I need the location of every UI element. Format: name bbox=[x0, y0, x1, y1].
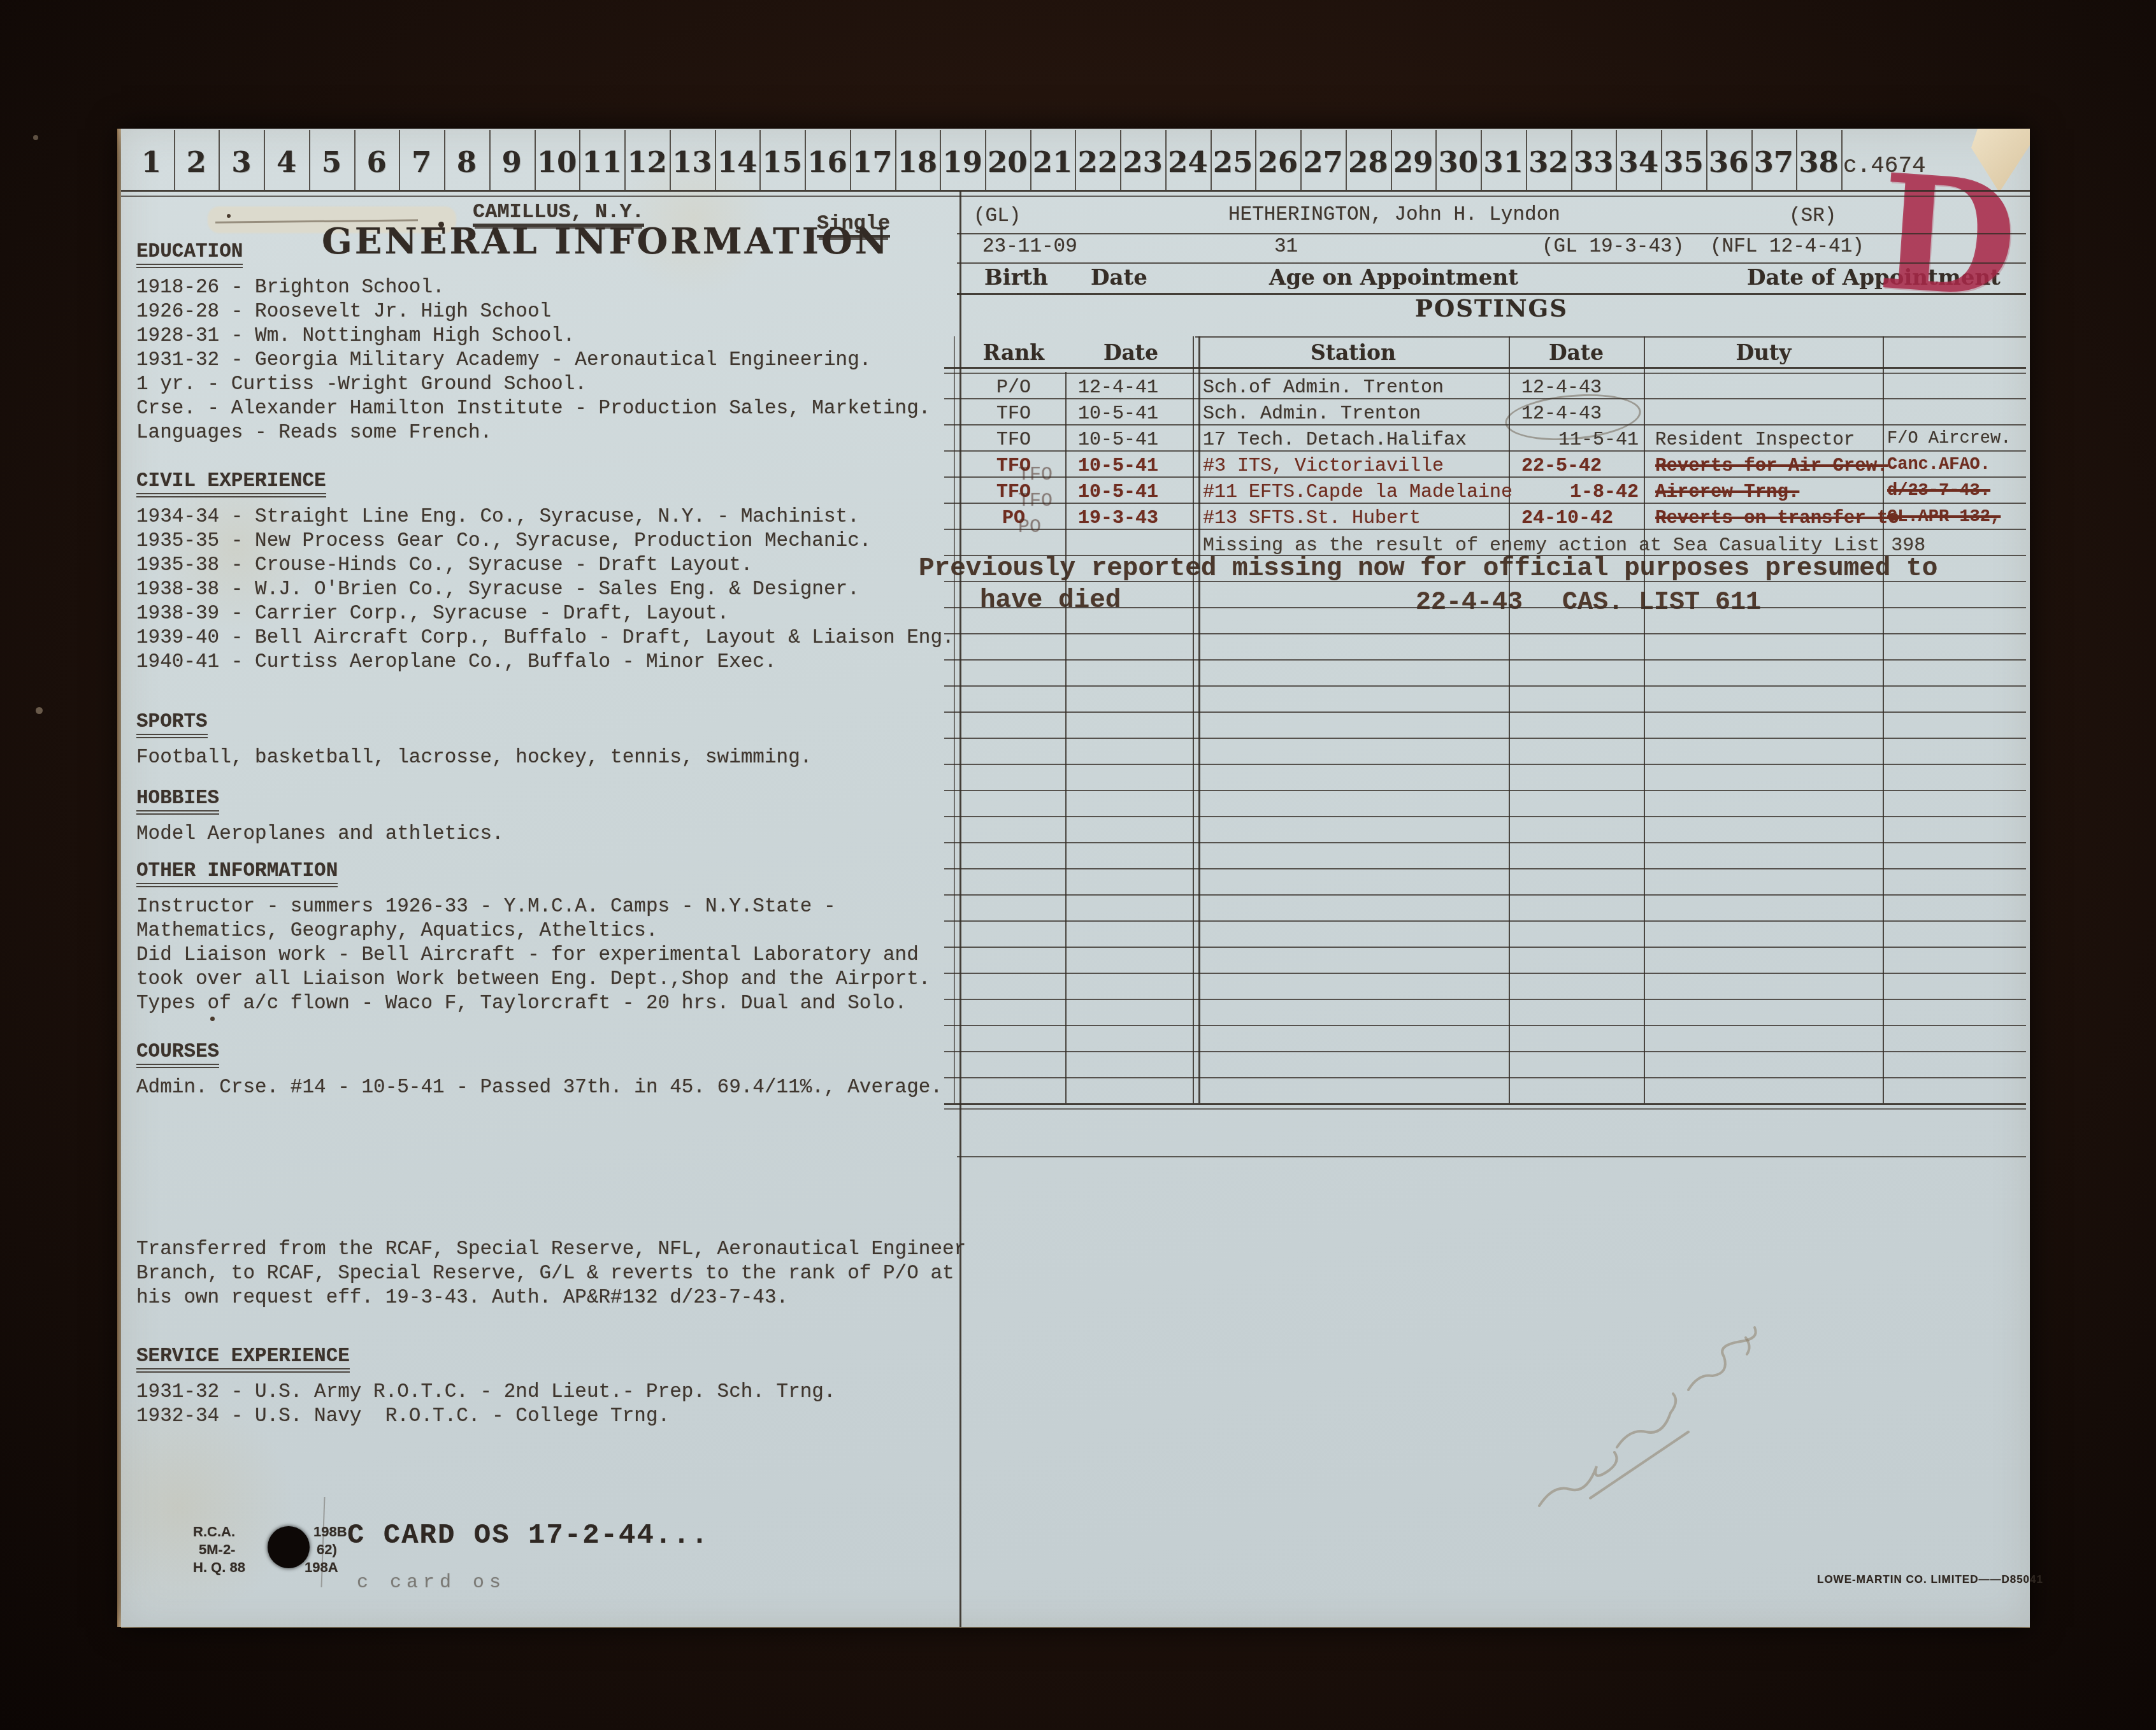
index-cell-number: 35 bbox=[1661, 145, 1706, 179]
punch-hole bbox=[268, 1526, 310, 1568]
ruled-line-vertical bbox=[1435, 130, 1437, 190]
index-cell-number: 34 bbox=[1616, 145, 1661, 179]
section-heading: SERVICE EXPERIENCE bbox=[136, 1345, 350, 1373]
index-cell-number: 21 bbox=[1030, 145, 1075, 179]
ruled-line-vertical bbox=[489, 130, 491, 190]
ruled-line-vertical bbox=[1526, 130, 1527, 190]
index-cell-number: 37 bbox=[1751, 145, 1797, 179]
index-cell-number: 9 bbox=[489, 145, 535, 179]
ruled-line-vertical bbox=[444, 130, 445, 190]
ruled-line bbox=[957, 293, 2026, 295]
index-cell-number: 11 bbox=[579, 145, 624, 179]
posting-date2: 1-8-42 bbox=[1516, 482, 1639, 503]
ruled-line bbox=[944, 816, 2026, 817]
section-line: 1926-28 - Roosevelt Jr. High School bbox=[136, 301, 551, 323]
gl-tag: (GL) bbox=[974, 205, 1021, 227]
section-line: Types of a/c flown - Waco F, Taylorcraft… bbox=[136, 992, 907, 1015]
section-heading: EDUCATION bbox=[136, 241, 243, 268]
ruled-line bbox=[944, 920, 2026, 922]
transfer-note-line: Transferred from the RCAF, Special Reser… bbox=[136, 1238, 966, 1261]
form-print-line1b: 198B bbox=[313, 1524, 347, 1540]
posting-remark: Canc.AFAO. bbox=[1887, 455, 1990, 475]
posting-date2: 12-4-43 bbox=[1521, 403, 1602, 425]
index-cell-number: 19 bbox=[940, 145, 985, 179]
ruled-line-vertical bbox=[1255, 130, 1256, 190]
posting-date: 10-5-41 bbox=[1078, 429, 1158, 451]
ruled-line bbox=[944, 555, 2026, 556]
posting-duty: Reverts for Air Crew. bbox=[1655, 455, 1888, 476]
posting-remark: GL.APR 132, bbox=[1887, 508, 2001, 527]
sr-tag: (SR) bbox=[1789, 205, 1836, 227]
pencil-annotation bbox=[1521, 1307, 1789, 1524]
label-birth: Birth bbox=[984, 265, 1048, 290]
posting-date: 10-5-41 bbox=[1078, 403, 1158, 425]
record-card-photo: CAMILLUS, N.Y. Single GENERAL INFORMATIO… bbox=[0, 0, 2156, 1730]
section-line: Crse. - Alexander Hamilton Institute - P… bbox=[136, 397, 930, 420]
section-heading: COURSES bbox=[136, 1041, 219, 1068]
index-cell-number: 18 bbox=[895, 145, 940, 179]
section-line: 1934-34 - Straight Line Eng. Co., Syracu… bbox=[136, 506, 859, 528]
ruled-line-vertical bbox=[1198, 336, 1200, 1103]
birth-date-value: 23-11-09 bbox=[982, 236, 1077, 258]
section-line: 1918-26 - Brighton School. bbox=[136, 276, 445, 299]
ruled-line bbox=[944, 894, 2026, 896]
section-heading: OTHER INFORMATION bbox=[136, 860, 338, 887]
posting-rank: PO bbox=[962, 508, 1065, 529]
index-cell-number: 4 bbox=[264, 145, 309, 179]
ruled-line-vertical bbox=[1346, 130, 1347, 190]
ruled-line bbox=[944, 973, 2026, 974]
ruled-line-vertical bbox=[805, 130, 806, 190]
index-cell-number: 3 bbox=[219, 145, 264, 179]
index-cell-number: 17 bbox=[850, 145, 895, 179]
index-cell-number: 26 bbox=[1255, 145, 1300, 179]
ruled-line-vertical bbox=[1193, 336, 1194, 1103]
index-cell-number: 8 bbox=[444, 145, 489, 179]
index-cell-number: 31 bbox=[1481, 145, 1526, 179]
section-line: took over all Liaison Work between Eng. … bbox=[136, 968, 930, 990]
ruled-line bbox=[944, 1108, 2026, 1110]
posting-station: Sch. Admin. Trenton bbox=[1203, 403, 1421, 425]
ruled-line-vertical bbox=[1300, 130, 1302, 190]
casualty-list-ref: CAS. LIST 611 bbox=[1562, 589, 1761, 617]
section-line: 1928-31 - Wm. Nottingham High School. bbox=[136, 325, 575, 347]
section-line: 1 yr. - Curtiss -Wright Ground School. bbox=[136, 373, 587, 396]
ruled-line bbox=[944, 842, 2026, 843]
section-line: 1940-41 - Curtiss Aeroplane Co., Buffalo… bbox=[136, 651, 777, 673]
posting-station: #13 SFTS.St. Hubert bbox=[1203, 508, 1421, 529]
ruled-line-vertical bbox=[309, 130, 310, 190]
ruled-line bbox=[944, 1103, 2026, 1105]
ruled-line-vertical bbox=[1883, 336, 1884, 1103]
col-header-duty: Duty bbox=[1650, 340, 1877, 365]
presumed-dead-note-line1: Previously reported missing now for offi… bbox=[919, 554, 1937, 583]
ruled-line bbox=[944, 373, 2026, 374]
postings-title: POSTINGS bbox=[957, 294, 2026, 322]
ruled-line-vertical bbox=[1841, 130, 1843, 190]
index-cell-number: 27 bbox=[1300, 145, 1346, 179]
ruled-line-vertical bbox=[1030, 130, 1031, 190]
ruled-line-vertical bbox=[535, 130, 536, 190]
section-line: Admin. Crse. #14 - 10-5-41 - Passed 37th… bbox=[136, 1076, 942, 1099]
age-value: 31 bbox=[1274, 236, 1298, 258]
ruled-line-vertical bbox=[624, 130, 626, 190]
section-heading: HOBBIES bbox=[136, 787, 219, 815]
ruled-line-vertical bbox=[1796, 130, 1797, 190]
ruled-line-vertical bbox=[1075, 130, 1076, 190]
index-cell-number: 32 bbox=[1526, 145, 1571, 179]
nfl-date-note: (NFL 12-4-41) bbox=[1710, 236, 1864, 258]
section-heading: CIVIL EXPERIENCE bbox=[136, 470, 326, 497]
ruled-line-vertical bbox=[1065, 372, 1067, 1103]
service-line: 1932-34 - U.S. Navy R.O.T.C. - College T… bbox=[136, 1405, 670, 1427]
index-cell-number: 38 bbox=[1796, 145, 1841, 179]
index-cell-number: 15 bbox=[759, 145, 805, 179]
ruled-line-vertical bbox=[959, 191, 961, 1627]
section-heading: SPORTS bbox=[136, 711, 208, 738]
ruled-line-vertical bbox=[1644, 336, 1645, 1103]
posting-remark: F/O Aircrew. bbox=[1887, 429, 2011, 448]
ruled-line bbox=[944, 947, 2026, 948]
ruled-line-vertical bbox=[670, 130, 671, 190]
deceased-stamp: D bbox=[1873, 139, 2023, 334]
ruled-line bbox=[944, 764, 2026, 765]
posting-date: 19-3-43 bbox=[1078, 508, 1158, 529]
section-line: Instructor - summers 1926-33 - Y.M.C.A. … bbox=[136, 896, 836, 918]
presumed-dead-date: 22-4-43 bbox=[1416, 589, 1523, 617]
ruled-line-vertical bbox=[715, 130, 716, 190]
ruled-line bbox=[121, 190, 2030, 192]
index-cell-number: 23 bbox=[1120, 145, 1165, 179]
posting-rank: TFO bbox=[962, 429, 1065, 451]
ruled-line-vertical bbox=[1661, 130, 1662, 190]
posting-date2: 24-10-42 bbox=[1521, 508, 1613, 529]
index-cell-number: 20 bbox=[985, 145, 1030, 179]
ruled-line bbox=[944, 868, 2026, 869]
ruled-line bbox=[944, 1025, 2026, 1026]
section-line: Model Aeroplanes and athletics. bbox=[136, 823, 504, 845]
ink-speck bbox=[210, 1017, 215, 1021]
ruled-line-vertical bbox=[174, 130, 175, 190]
ruled-line bbox=[1195, 336, 2026, 338]
col-header-date: Date bbox=[1077, 340, 1185, 365]
transfer-note-line: Branch, to RCAF, Special Reserve, G/L & … bbox=[136, 1262, 954, 1285]
section-line: Football, basketball, lacrosse, hockey, … bbox=[136, 747, 812, 769]
index-cell-number: 6 bbox=[354, 145, 399, 179]
presumed-dead-note-line2: have died bbox=[980, 586, 1121, 615]
service-member-name: HETHERINGTON, John H. Lyndon bbox=[1228, 204, 1560, 226]
ink-speck bbox=[438, 222, 444, 227]
col-header-rank: Rank bbox=[962, 340, 1065, 365]
ruled-line bbox=[944, 607, 2026, 608]
posting-duty: Resident Inspector bbox=[1655, 429, 1855, 450]
c-card-note: C CARD OS 17-2-44... bbox=[347, 1520, 709, 1552]
ruled-line-vertical bbox=[759, 130, 761, 190]
ruled-line-vertical bbox=[940, 130, 941, 190]
ruled-line-vertical bbox=[354, 130, 356, 190]
posting-remark: d/23-7-43. bbox=[1887, 482, 1990, 501]
section-line: 1939-40 - Bell Aircraft Corp., Buffalo -… bbox=[136, 627, 954, 649]
posting-duty: Reverts on transfer to bbox=[1655, 508, 1899, 529]
ink-speck bbox=[227, 214, 231, 218]
form-print-line1a: R.C.A. bbox=[193, 1524, 235, 1540]
ruled-line-vertical bbox=[850, 130, 851, 190]
background-speck bbox=[33, 135, 38, 140]
ruled-line-vertical bbox=[895, 130, 896, 190]
ghost-impression: PO bbox=[1018, 517, 1041, 538]
form-print-line2b: 62) bbox=[317, 1541, 337, 1558]
ruled-line-vertical bbox=[579, 130, 580, 190]
section-line: 1938-38 - W.J. O'Brien Co., Syracuse - S… bbox=[136, 578, 859, 601]
section-line: 1935-38 - Crouse-Hinds Co., Syracuse - D… bbox=[136, 554, 752, 576]
posting-date2: 11-5-41 bbox=[1516, 429, 1639, 451]
ruled-line-vertical bbox=[1120, 130, 1121, 190]
index-cell-number: 22 bbox=[1075, 145, 1120, 179]
posting-station: 17 Tech. Detach.Halifax bbox=[1203, 429, 1467, 451]
section-line: Did Liaison work - Bell Aircraft - for e… bbox=[136, 944, 919, 966]
col-header-station: Station bbox=[1204, 340, 1502, 365]
index-cell-number: 12 bbox=[624, 145, 670, 179]
ruled-line bbox=[121, 196, 2030, 197]
ruled-line bbox=[957, 233, 2026, 234]
ruled-line-vertical bbox=[985, 130, 986, 190]
index-cell-number: 24 bbox=[1165, 145, 1211, 179]
index-cell-number: 36 bbox=[1706, 145, 1751, 179]
form-print-line2a: 5M-2- bbox=[199, 1541, 235, 1558]
index-cell-number: 14 bbox=[715, 145, 760, 179]
ruled-line-vertical bbox=[1165, 130, 1167, 190]
ruled-line-vertical bbox=[1509, 336, 1510, 1103]
col-header-date2: Date bbox=[1514, 340, 1639, 365]
index-cell-number: 29 bbox=[1391, 145, 1436, 179]
printer-mark: LOWE-MARTIN CO. LIMITED——D85041 bbox=[1817, 1573, 2043, 1586]
ruled-line bbox=[944, 711, 2026, 713]
section-line: Languages - Reads some French. bbox=[136, 422, 492, 444]
ruled-line bbox=[944, 633, 2026, 634]
index-cell-number: 5 bbox=[309, 145, 354, 179]
ruled-line bbox=[944, 1051, 2026, 1052]
ruled-line-vertical bbox=[1751, 130, 1753, 190]
ruled-line bbox=[944, 790, 2026, 791]
index-cell-number: 25 bbox=[1211, 145, 1256, 179]
ruled-line-vertical bbox=[399, 130, 400, 190]
ruled-line bbox=[957, 1156, 2026, 1157]
posting-date: 12-4-41 bbox=[1078, 377, 1158, 399]
posting-date: 10-5-41 bbox=[1078, 482, 1158, 503]
index-cell-number: 2 bbox=[174, 145, 219, 179]
index-cell-number: 28 bbox=[1346, 145, 1391, 179]
posting-rank: TFO bbox=[962, 403, 1065, 425]
ruled-line bbox=[944, 999, 2026, 1000]
ruled-line bbox=[944, 581, 2026, 582]
index-cell-number: 7 bbox=[399, 145, 444, 179]
ruled-line-vertical bbox=[264, 130, 265, 190]
section-line: Mathematics, Geography, Aquatics, Athelt… bbox=[136, 920, 658, 942]
section-line: 1931-32 - Georgia Military Academy - Aer… bbox=[136, 349, 871, 371]
ruled-line-vertical bbox=[1706, 130, 1707, 190]
ruled-line-vertical bbox=[219, 130, 220, 190]
ruled-line-vertical bbox=[954, 336, 955, 1103]
index-cell-number: 33 bbox=[1571, 145, 1616, 179]
posting-date: 10-5-41 bbox=[1078, 455, 1158, 477]
ruled-line-vertical bbox=[1211, 130, 1212, 190]
posting-station: Sch.of Admin. Trenton bbox=[1203, 377, 1444, 399]
ruled-line bbox=[944, 367, 2026, 369]
posting-date2: 12-4-43 bbox=[1521, 377, 1602, 399]
index-cell-number: 13 bbox=[670, 145, 715, 179]
section-line: 1935-35 - New Process Gear Co., Syracuse… bbox=[136, 530, 871, 552]
label-age-on-appointment: Age on Appointment bbox=[1269, 265, 1518, 290]
form-print-line3a: H. Q. 88 bbox=[193, 1559, 245, 1576]
ghost-carbon-note: c card os bbox=[357, 1572, 506, 1594]
ruled-line-vertical bbox=[1481, 130, 1482, 190]
ruled-line bbox=[944, 659, 2026, 661]
ruled-line bbox=[944, 1077, 2026, 1078]
transfer-note-line: his own request eff. 19-3-43. Auth. AP&R… bbox=[136, 1287, 788, 1309]
page-title: GENERAL INFORMATION bbox=[322, 220, 890, 262]
ruled-line bbox=[957, 262, 2026, 264]
posting-duty: Aircrew Trng. bbox=[1655, 482, 1799, 503]
posting-rank: P/O bbox=[962, 377, 1065, 399]
ruled-line bbox=[944, 685, 2026, 687]
gl-date-note: (GL 19-3-43) bbox=[1542, 236, 1684, 258]
index-cell-number: 1 bbox=[129, 145, 174, 179]
ruled-line-vertical bbox=[1616, 130, 1617, 190]
background-speck bbox=[36, 707, 43, 714]
index-cell-number: 10 bbox=[535, 145, 580, 179]
label-date: Date bbox=[1091, 265, 1147, 290]
posting-station: #3 ITS, Victoriaville bbox=[1203, 455, 1444, 477]
service-line: 1931-32 - U.S. Army R.O.T.C. - 2nd Lieut… bbox=[136, 1381, 836, 1403]
section-line: 1938-39 - Carrier Corp., Syracuse - Draf… bbox=[136, 603, 729, 625]
ruled-line-vertical bbox=[1391, 130, 1392, 190]
ruled-line-vertical bbox=[1571, 130, 1572, 190]
index-cell-number: 16 bbox=[805, 145, 850, 179]
posting-station: #11 EFTS.Capde la Madelaine bbox=[1203, 482, 1513, 503]
index-cell-number: 30 bbox=[1435, 145, 1481, 179]
posting-date2: 22-5-42 bbox=[1521, 455, 1602, 477]
ruled-line bbox=[944, 738, 2026, 739]
missing-note: Missing as the result of enemy action at… bbox=[1203, 535, 1925, 557]
